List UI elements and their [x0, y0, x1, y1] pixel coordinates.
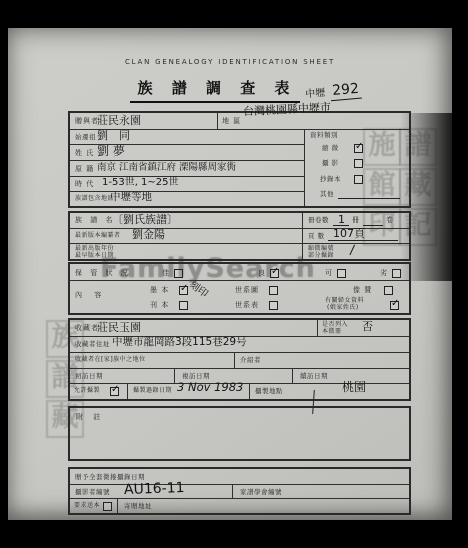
origin-label: 原 籍 — [75, 166, 94, 173]
volumes-label: 冊卷數 — [308, 217, 329, 224]
society-number-label: 家譜學會編號 — [240, 489, 282, 496]
condition-option-checkbox — [174, 269, 183, 278]
surname-value: 劉 夢 — [97, 145, 125, 157]
rule — [217, 113, 218, 129]
era-value: 1-53世, 1~25世 — [102, 178, 179, 188]
genealogy-title-value: 〔劉氏族譜〕 — [112, 214, 178, 225]
category-option-checkbox — [354, 175, 363, 184]
filming-date-label: 攝製過錄日期 — [133, 388, 172, 394]
rule — [70, 352, 409, 353]
condition-option-checkbox — [270, 269, 279, 278]
content-option-label: 像 贊 — [353, 287, 372, 294]
region-value: 台灣桃園縣中壢市 — [243, 102, 331, 118]
content-option-label: 世系表 — [235, 302, 259, 309]
category-option-label: 縮 微 — [322, 145, 339, 152]
mailing-address-label: 寄贈地址 — [124, 503, 152, 510]
condition-option-checkbox — [392, 269, 401, 278]
holder-label: 收藏者 — [75, 325, 99, 332]
introducer-label: 介紹者 — [240, 357, 261, 364]
rule — [232, 484, 233, 498]
rule — [174, 368, 175, 383]
rule — [304, 129, 305, 206]
rule — [127, 383, 128, 399]
condition-option-label: 良 — [258, 270, 266, 277]
content-option-label: 世系圖 — [235, 287, 259, 294]
filming-place-label: 攝製地點 — [255, 388, 283, 395]
filming-place-value: 桃園 — [342, 381, 366, 393]
handwritten-corner-note: 中壢 292 — [304, 78, 361, 102]
origin-value: 南京 江南省鎮江府 溧陽縣周家衖 — [97, 163, 236, 173]
rule — [70, 484, 409, 485]
rule — [249, 383, 250, 399]
holder-address-value: 中壢市龍岡路3段115巷29号 — [112, 337, 247, 348]
rule — [117, 498, 118, 513]
content-note-value: 刻印 — [187, 280, 209, 300]
donor-value: 莊民永園 — [97, 115, 141, 126]
content-option-label: 刊 本 — [150, 302, 169, 309]
notes-box: 附 註 — [68, 406, 411, 461]
content-option-label: 墨 本 — [150, 287, 169, 294]
earliest-edition-label: 最早版本日期 — [75, 253, 114, 259]
holder-value: 莊民玉園 — [97, 322, 141, 333]
scanned-form-paper: FamilySearch 施 譜 館 藏 印 記 族 譜 藏 CLAN GENE… — [8, 28, 452, 520]
category-option-label: 抄錄本 — [320, 176, 341, 183]
rule — [70, 243, 409, 244]
film-note-value: / — [349, 244, 355, 257]
pages-value: 107頁 — [333, 228, 365, 239]
blank-line — [363, 225, 383, 226]
genealogy-title-label: 族 譜 名 — [75, 217, 115, 224]
content-option-checkbox — [179, 301, 188, 310]
condition-option-label: 劣 — [380, 270, 388, 277]
category-other-label: 其他 — [320, 191, 334, 198]
category-option-checkbox — [354, 144, 363, 153]
microfilm-scan: { "page": { "header_en": "CLAN GENEALOGY… — [0, 0, 468, 548]
rule — [234, 352, 235, 368]
volume-box: 族 譜 名 〔劉氏族譜〕 冊卷數 1 冊 卷 最新版本編纂者 劉金陽 頁 數 1… — [68, 211, 411, 261]
condition-label: 保 管 狀 況 — [75, 270, 131, 277]
photographer-number-value: AU16-11 — [124, 481, 185, 497]
notes-label: 附 註 — [76, 414, 104, 421]
rule — [70, 498, 409, 499]
english-header: CLAN GENEALOGY IDENTIFICATION SHEET — [8, 58, 452, 66]
rule — [70, 280, 409, 281]
condition-option-label: 可 — [325, 270, 333, 277]
donor-label: 贈與者 — [75, 118, 99, 125]
listed-label-line2: 本微冊 — [322, 329, 342, 335]
first-visit-label: 初訪日期 — [75, 373, 103, 380]
area-value: 中壢等地 — [110, 192, 152, 203]
compiler-value: 劉金陽 — [132, 229, 165, 240]
corner-note-prefix: 中壢 — [305, 88, 326, 101]
holder-box: 收藏者 莊民玉園 是否列入 本微冊 否 收藏者住址 中壢市龍岡路3段115巷29… — [68, 318, 411, 401]
rule — [70, 368, 409, 369]
full-set-gift-date-label: 贈予全套微捲攝錄日期 — [75, 474, 145, 481]
listed-value: 否 — [362, 321, 373, 332]
category-label: 資料類別 — [310, 132, 338, 139]
filming-date-value: 3 Nov 1983 — [177, 382, 243, 394]
photographer-number-label: 攝影者編號 — [75, 489, 110, 496]
first-ancestor-label: 始遷祖 — [75, 134, 96, 141]
content-option-checkbox — [390, 301, 399, 310]
blank-line — [328, 240, 398, 241]
region-label: 地 區 — [222, 118, 241, 125]
request-copy-label: 要求送本 — [74, 503, 100, 509]
info-box: 贈與者 莊民永園 地 區 台灣桃園縣中壢市 始遷祖 劉 同 姓 氏 劉 夢 原 … — [68, 111, 411, 208]
first-ancestor-value: 劉 同 — [97, 130, 130, 141]
condition-box: 保 管 狀 況 佳 良 可 劣 內 容 墨 本 刻印 世系圖 像 贊 刊 本 世… — [68, 262, 411, 315]
condition-option-label: 佳 — [162, 270, 170, 277]
rule — [70, 160, 304, 161]
area-label: 族譜包含地區 — [75, 196, 114, 202]
content-option-sublabel: (娘家姓氏) — [327, 305, 359, 311]
form-title: 族 譜 調 查 表 — [130, 79, 301, 103]
holder-position-label: 收藏者在[家]族中之地位 — [75, 357, 146, 363]
category-option-label: 攝 影 — [322, 160, 339, 167]
contents-label: 內 容 — [75, 292, 106, 299]
content-option-checkbox — [384, 286, 393, 295]
pages-label: 頁 數 — [308, 233, 325, 240]
second-visit-label: 複訪日期 — [182, 373, 210, 380]
rule — [302, 213, 303, 259]
category-option-checkbox — [354, 159, 363, 168]
volumes-value: 1 — [338, 214, 345, 225]
corner-note-number: 292 — [330, 81, 362, 102]
compiler-label: 最新版本編纂者 — [75, 233, 121, 239]
condition-option-checkbox — [337, 269, 346, 278]
volume-unit-label: 冊 — [352, 217, 360, 224]
era-label: 時 代 — [75, 181, 94, 188]
surname-label: 姓 氏 — [75, 150, 94, 157]
followup-visit-label: 續訪日期 — [300, 373, 328, 380]
rule — [292, 368, 293, 383]
partial-filming-label: 部分攝錄 — [308, 253, 334, 259]
fascicle-unit-label: 卷 — [386, 217, 394, 224]
rule — [70, 191, 304, 192]
permit-filming-checkbox — [110, 387, 119, 396]
content-option-checkbox — [269, 286, 278, 295]
blank-line — [338, 198, 400, 199]
request-copy-checkbox — [103, 502, 112, 511]
rule — [317, 320, 318, 336]
holder-address-label: 收藏者住址 — [75, 341, 110, 348]
permit-filming-label: 允許攝製 — [74, 388, 100, 394]
catalog-box: 贈予全套微捲攝錄日期 攝影者編號 AU16-11 家譜學會編號 要求送本 寄贈地… — [68, 467, 411, 515]
content-option-checkbox — [269, 301, 278, 310]
